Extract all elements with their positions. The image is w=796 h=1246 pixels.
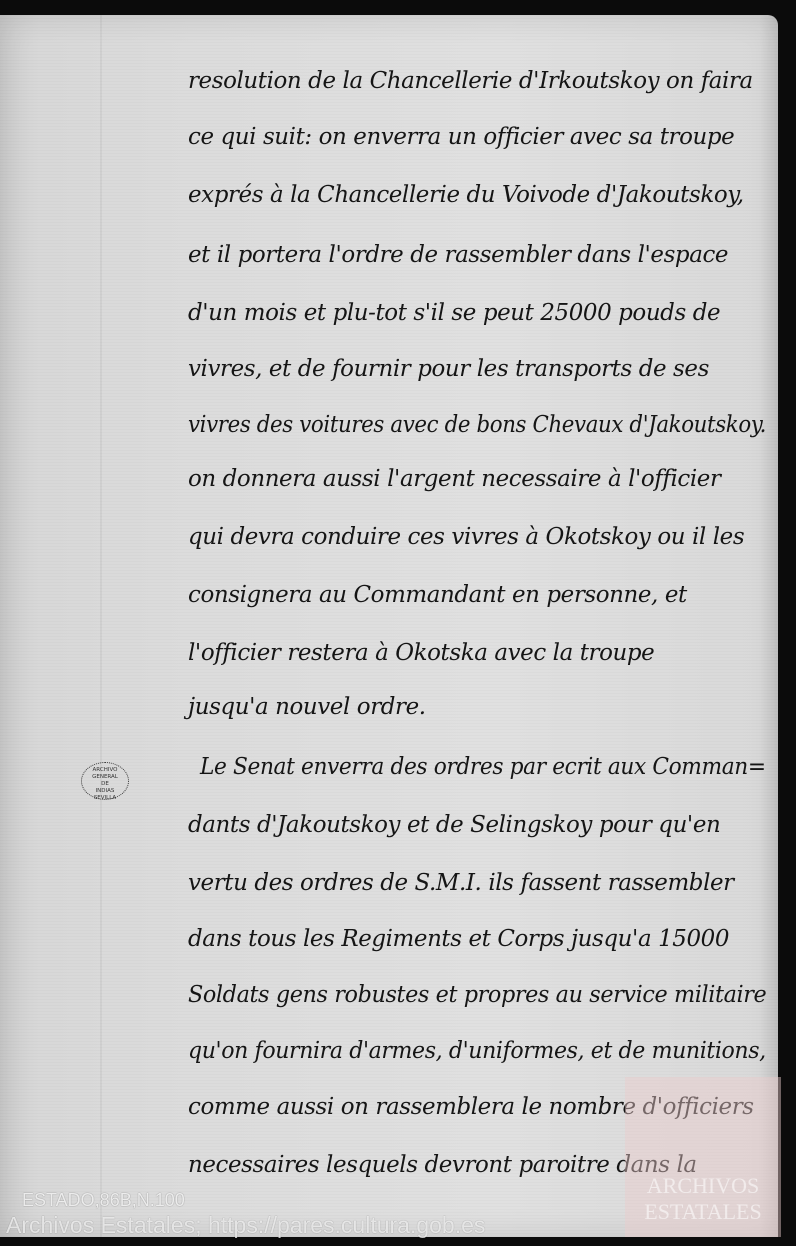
manuscript-line: exprés à la Chancellerie du Voivode d'Ja… [188,182,766,208]
manuscript-line: ce qui suit: on enverra un officier avec… [188,124,766,150]
archive-credit: Archivos Estatales; https://pares.cultur… [6,1212,485,1239]
manuscript-line: vivres, et de fournir pour les transport… [188,356,766,382]
manuscript-line: d'un mois et plu-tot s'il se peut 25000 … [188,300,766,326]
stamp-middle-text: DE [82,781,128,788]
watermark-line-2: ESTATALES [625,1199,781,1225]
manuscript-line: dans tous les Regiments et Corps jusqu'a… [188,926,766,952]
manuscript-line: consignera au Commandant en personne, et [188,582,766,608]
manuscript-line: l'officier restera à Okotska avec la tro… [188,640,766,666]
manuscript-line: qu'on fournira d'armes, d'uniformes, et … [188,1038,744,1064]
manuscript-line: et il portera l'ordre de rassembler dans… [188,242,766,268]
manuscript-line: on donnera aussi l'argent necessaire à l… [188,466,766,492]
manuscript-line: qui devra conduire ces vivres à Okotskoy… [188,524,766,550]
stamp-bottom-text: SEVILLA [82,795,128,802]
manuscript-line: vivres des voitures avec de bons Chevaux… [188,412,725,438]
archive-stamp: ARCHIVO GENERAL DE INDIAS SEVILLA [81,762,129,800]
watermark-line-1: ARCHIVOS [625,1173,781,1199]
page-fold [100,15,102,1237]
manuscript-line: resolution de la Chancellerie d'Irkoutsk… [188,68,766,94]
document-reference: ESTADO,86B,N.100 [22,1190,185,1211]
manuscript-line: Soldats gens robustes et propres au serv… [188,982,750,1008]
manuscript-line: jusqu'a nouvel ordre. [188,694,766,720]
stamp-top-text: ARCHIVO GENERAL [82,767,128,781]
manuscript-line: Le Senat enverra des ordres par ecrit au… [200,754,747,780]
archivos-estatales-watermark-logo: ARCHIVOS ESTATALES [625,1077,781,1237]
stamp-middle-text-2: INDIAS [82,788,128,795]
manuscript-line: vertu des ordres de S.M.I. ils fassent r… [188,870,766,896]
manuscript-line: dants d'Jakoutskoy et de Selingskoy pour… [188,812,766,838]
